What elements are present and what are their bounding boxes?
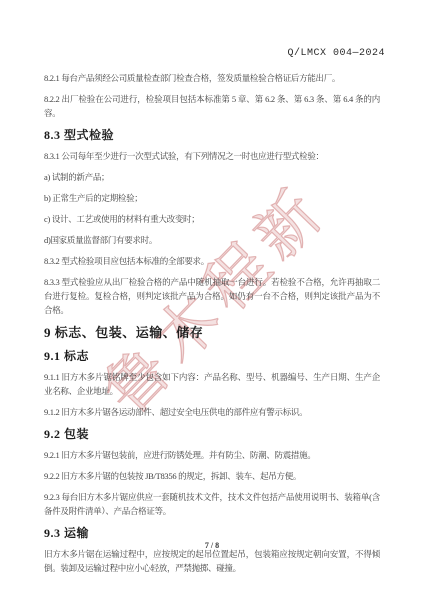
paragraph: 8.3.1 公司每年至少进行一次型式试验，有下列情况之一时也应进行型式检验：	[44, 149, 380, 163]
section-heading-level2: 8.3 型式检验	[44, 127, 380, 143]
section-heading-level1: 9 标志、包装、运输、储存	[44, 324, 380, 342]
paragraph: 9.2.2 旧方木多片锯的包装按 JB/T8356 的规定，拆卸、装车、起吊方便…	[44, 469, 380, 483]
paragraph: 8.2.1 每台产品须经公司质量检查部门检查合格，签发质量检验合格证后方能出厂。	[44, 71, 380, 85]
paragraph: 9.2.3 每台旧方木多片锯应供应一套随机技术文件，技术文件包括产品使用说明书、…	[44, 490, 380, 518]
paragraph: b) 正常生产后的定期检验；	[44, 191, 380, 205]
paragraph: 9.1.1 旧方木多片锯铭牌至少包含如下内容：产品名称、型号、机器编号、生产日期…	[44, 370, 380, 398]
paragraph: 8.3.2 型式检验项目应包括本标准的全部要求。	[44, 254, 380, 268]
section-heading-level2: 9.2 包装	[44, 426, 380, 442]
paragraph: a) 试制的新产品；	[44, 170, 380, 184]
document-code-header: Q/LMCX 004—2024	[287, 48, 385, 59]
paragraph: d)国家质量监督部门有要求时。	[44, 233, 380, 247]
document-body: 8.2.1 每台产品须经公司质量检查部门检查合格，签发质量检验合格证后方能出厂。…	[44, 71, 380, 582]
section-heading-level2: 9.3 运输	[44, 525, 380, 541]
paragraph: c) 设计、工艺或使用的材料有重大改变时；	[44, 212, 380, 226]
section-heading-level2: 9.1 标志	[44, 348, 380, 364]
page-number: 7 / 8	[0, 541, 424, 550]
paragraph: 旧方木多片锯在运输过程中，应按规定的起吊位置起吊，包装箱应按规定朝向安置，不得倾…	[44, 547, 380, 575]
paragraph: 8.2.2 出厂检验在公司进行，检验项目包括本标准第 5 章、第 6.2 条、第…	[44, 92, 380, 120]
paragraph: 8.3.3 型式检验应从出厂检验合格的产品中随机抽取一台进行。若检验不合格，允许…	[44, 275, 380, 317]
paragraph: 9.2.1 旧方木多片锯包装前，应进行防锈处理。并有防尘、防潮、防震措施。	[44, 448, 380, 462]
document-page: Q/LMCX 004—2024 鲁木程新 8.2.1 每台产品须经公司质量检查部…	[0, 0, 424, 600]
paragraph: 9.1.2 旧方木多片锯各运动部件、超过安全电压供电的部件应有警示标识。	[44, 405, 380, 419]
